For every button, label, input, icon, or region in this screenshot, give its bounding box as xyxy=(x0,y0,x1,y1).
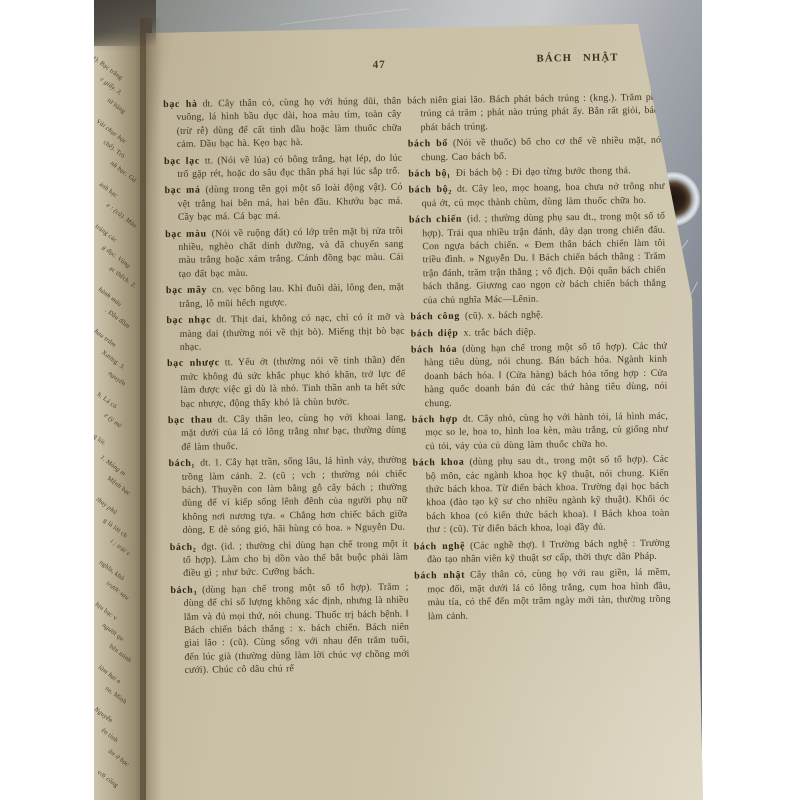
running-head: BÁCH NHẬT xyxy=(537,52,619,64)
headword: bách nhật xyxy=(414,570,465,582)
gutter-text-fragment: từ hàng xyxy=(106,97,127,115)
gutter-text-fragment: Xương. 3. xyxy=(100,349,127,371)
dictionary-entry: bách diệpx. trắc bách diệp. xyxy=(411,323,667,340)
photo-white-edge-right xyxy=(702,0,800,800)
headword: bạc nhạc xyxy=(166,315,211,327)
gutter-text-fragment: Nguyễn xyxy=(94,706,114,724)
headword: bạc hà xyxy=(163,99,198,111)
gutter-text-fragment: nghĩa, khô xyxy=(98,559,126,582)
column-left: bạc hàdt. Cây thân cỏ, cùng họ với húng … xyxy=(163,95,410,681)
gutter-text-fragment: i ; trái v xyxy=(109,538,132,558)
gutter-text-fragment: e (ý mè xyxy=(103,412,123,430)
gutter-text-fragment: hịu bạc v xyxy=(94,601,118,622)
headword: bạc thau xyxy=(168,414,213,426)
table-scratch xyxy=(280,8,409,25)
dictionary-entry: bạc hàdt. Cây thân cỏ, cùng họ với húng … xyxy=(163,95,402,152)
dictionary-entry: bạc mâycn. vẹc bông lau. Khỉ đuôi dài, l… xyxy=(166,281,404,311)
headword: bách diệp xyxy=(411,327,459,339)
headword: bách₂ xyxy=(170,541,197,552)
book-photo: t). Bạc trắngc giấy. 3.từ hàngVài chục b… xyxy=(0,0,800,800)
dictionary-entry: bạc má(dùng trong tên gọi một số loài độ… xyxy=(164,181,403,225)
dictionary-entry: bách chiến(id. ; thường dùng phụ sau dt.… xyxy=(409,210,666,308)
gutter-text-fragment: t). Bạc trắng xyxy=(94,55,124,82)
headword: bạc màu xyxy=(165,228,207,240)
gutter-text-fragment: g là lời ch xyxy=(102,517,129,540)
headword: bạc lạc xyxy=(164,155,200,167)
gutter-text-fragment: ến tình xyxy=(100,727,120,744)
headword: bách khoa xyxy=(413,457,465,469)
gutter-text-fragment: bên mình xyxy=(108,643,133,664)
previous-page-gutter: t). Bạc trắngc giấy. 3.từ hàngVài chục b… xyxy=(94,0,152,800)
gutter-text-fragment: thay phũ xyxy=(95,496,119,516)
headword: bách chiến xyxy=(409,214,462,226)
dictionary-entry: bạc nhạcdt. Thịt dai, không có nạc, chỉ … xyxy=(166,311,405,355)
gutter-text-fragment: ăn ở bạc xyxy=(107,748,131,768)
headword: bách hợp xyxy=(412,414,458,426)
dictionary-entry: bách nhậtCây thân cỏ, cùng họ với rau gi… xyxy=(414,566,671,623)
headword: bách nghệ xyxy=(414,540,465,552)
gutter-text-fragment: . Đầu đồm xyxy=(104,307,131,330)
headword: bách₁ xyxy=(169,458,196,469)
dictionary-entry: bách₂đgt. (id. ; thường chỉ dùng hạn chế… xyxy=(170,537,409,581)
dictionary-entry: bách₁dt. 1. Cây hạt trần, sống lâu, lá h… xyxy=(168,454,407,538)
gutter-text-fragment: e : (cũ). Màu xyxy=(105,202,138,230)
dictionary-entry: bách hóa(dùng hạn chế trong một số tổ hợ… xyxy=(411,340,668,411)
dictionary-entry: bách niên giai lão. Bách phát bách trúng… xyxy=(407,91,664,135)
dictionary-entry: bách bộ₁Đi bách bộ : Đi dạo từng bước th… xyxy=(408,164,664,181)
headword: bạc nhược xyxy=(167,358,220,370)
headword: bách bổ xyxy=(408,138,448,150)
headword: bách₃ xyxy=(170,584,197,595)
headword: bạc mây xyxy=(166,285,207,297)
gutter-text-fragment: với công xyxy=(96,769,120,789)
gutter-text-fragment: hành màu xyxy=(97,286,123,308)
gutter-text-fragment: làm hại n xyxy=(97,664,122,685)
gutter-text-fragment: g đục. Vàng xyxy=(101,244,132,270)
photo-white-edge-left xyxy=(0,0,95,800)
gutter-text-fragment: tráng các xyxy=(94,223,118,244)
dictionary-entry: bạc màu(Nói về ruộng đất) có lớp trên mặ… xyxy=(165,224,404,281)
gutter-text-fragment: trước sau xyxy=(105,580,131,602)
page-number: 47 xyxy=(373,59,386,71)
column-right: bách niên giai lão. Bách phát bách trúng… xyxy=(407,91,671,627)
gutter-text-fragment: nh bạc. Gá xyxy=(109,160,138,184)
headword: bách hóa xyxy=(411,344,457,356)
gutter-text-fragment: ạc thếch. 2. xyxy=(108,265,138,290)
dictionary-entry: bạc lạctt. (Nói về lúa) có bông trắng, h… xyxy=(164,151,402,181)
gutter-text-fragment: na, Mình xyxy=(104,685,128,706)
dictionary-entry: bách công(cũ). x. bách nghệ. xyxy=(410,307,666,324)
gutter-text-fragment: hau trăm xyxy=(94,328,117,349)
dictionary-entry: bách bộ₂dt. Cây leo, mọc hoang, hoa chưa… xyxy=(408,180,664,211)
dictionary-entry: bách hợpdt. Cây nhỏ, cùng họ với hành tỏ… xyxy=(412,410,669,454)
gutter-text-fragment: ánh bạc xyxy=(98,181,119,199)
headword: bạc má xyxy=(164,185,200,197)
book-spine-shadow xyxy=(94,0,156,46)
dictionary-entry: bạc thaudt. Cây thân leo, cùng họ với kh… xyxy=(168,410,407,454)
gutter-text-fragment: nguyên xyxy=(107,370,127,388)
gutter-text-fragment: 1. Mỏng m xyxy=(99,454,127,478)
headword: bách công xyxy=(410,311,460,323)
headword: bách bộ₁ xyxy=(408,168,451,180)
dictionary-entry: bách₃(dùng hạn chế trong một số tổ hợp).… xyxy=(170,580,409,677)
dictionary-entry: bách bổ(Nói về thuốc) bổ cho cơ thể về n… xyxy=(408,134,664,165)
gutter-text-fragment: g lót. xyxy=(94,433,108,447)
dictionary-entry: bách nghệ(Các nghề thợ). ‖ Trường bách n… xyxy=(414,536,670,567)
gutter-text-fragment: Vài chục bạc xyxy=(95,118,128,145)
headword: bách bộ₂ xyxy=(408,184,452,196)
gutter-text-fragment: người qu xyxy=(101,622,125,643)
dictionary-entry: bách khoa(dùng phụ sau dt., trong một số… xyxy=(413,453,670,537)
gutter-text-fragment: Mệnh bạc xyxy=(106,475,132,497)
gutter-text-fragment: h. Lá cỏ xyxy=(96,391,118,410)
dictionary-entry: bạc nhượctt. Yếu ớt (thường nói về tinh … xyxy=(167,354,406,411)
